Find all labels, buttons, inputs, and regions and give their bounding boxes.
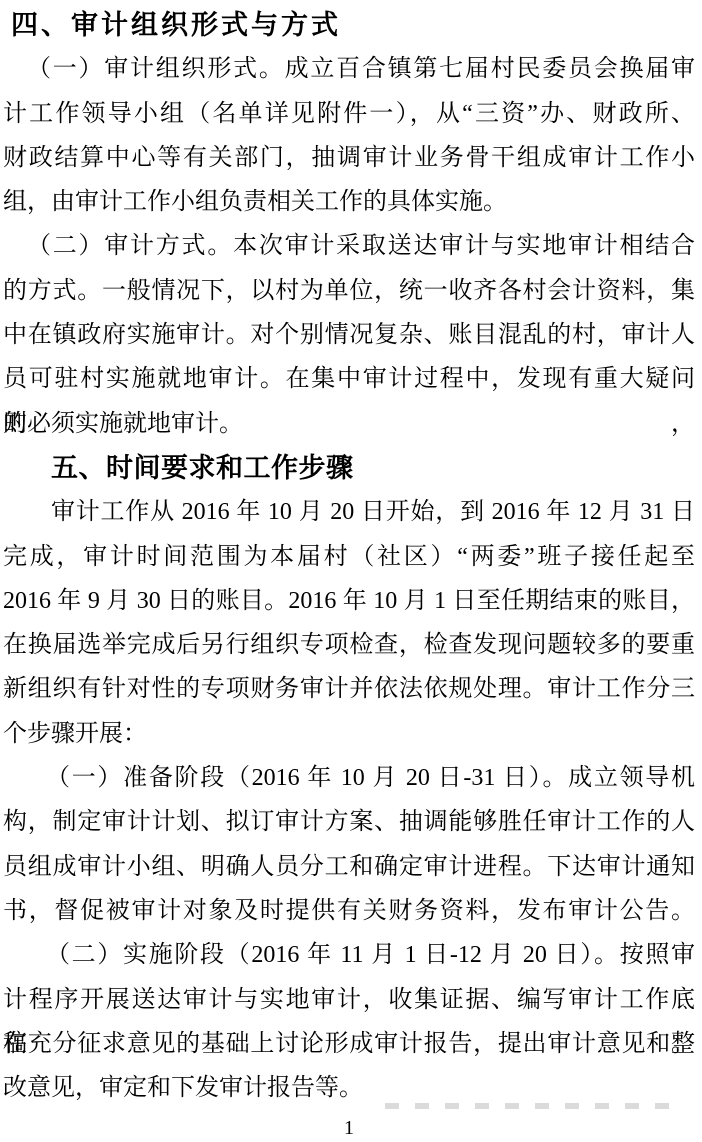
text-line: 完成，审计时间范围为本届村（社区）“两委”班子接任起至	[3, 535, 695, 579]
text-line: 在充分征求意见的基础上讨论形成审计报告，提出审计意见和整	[3, 1022, 695, 1066]
text-line: （一）准备阶段（2016 年 10 月 20 日-31 日）。成立领导机	[3, 756, 695, 800]
text-line: 组，由审计工作小组负责相关工作的具体实施。	[3, 180, 695, 224]
text-line: 中在镇政府实施审计。对个别情况复杂、账目混乱的村，审计人	[3, 313, 695, 357]
text-line: 员组成审计小组、明确人员分工和确定审计进程。下达审计通知	[3, 845, 695, 889]
text-line: （二）实施阶段（2016 年 11 月 1 日-12 月 20 日）。按照审	[3, 933, 695, 977]
text-line: 个步骤开展：	[3, 712, 695, 756]
text-line: 构，制定审计计划、拟订审计方案、抽调能够胜任审计工作的人	[3, 800, 695, 844]
text-line: 2016 年 9 月 30 日的账目。2016 年 10 月 1 日至任期结束的…	[3, 579, 695, 623]
heading-section-five: 五、时间要求和工作步骤	[3, 446, 695, 490]
text-line: 在换届选举完成后另行组织专项检查，检查发现问题较多的要重	[3, 623, 695, 667]
text-line: 的方式。一般情况下，以村为单位，统一收齐各村会计资料，集	[3, 269, 695, 313]
cutoff-text-artifact	[385, 1103, 685, 1109]
document-page: 四、审计组织形式与方式 （一）审计组织形式。成立百合镇第七届村民委员会换届审 计…	[0, 0, 702, 1142]
text-line: 计工作领导小组（名单详见附件一），从“三资”办、财政所、	[3, 92, 695, 136]
page-number: 1	[3, 1116, 695, 1140]
text-line: 员可驻村实施就地审计。在集中审计过程中，发现有重大疑问的，	[3, 357, 695, 401]
text-line: 计程序开展送达审计与实地审计，收集证据、编写审计工作底稿。	[3, 978, 695, 1022]
heading-section-four: 四、审计组织形式与方式	[3, 3, 695, 47]
text-line: （二）审计方式。本次审计采取送达审计与实地审计相结合	[3, 224, 695, 268]
text-line: 书，督促被审计对象及时提供有关财务资料，发布审计公告。	[3, 889, 695, 933]
text-line: 审计工作从 2016 年 10 月 20 日开始，到 2016 年 12 月 3…	[3, 490, 695, 534]
text-line: （一）审计组织形式。成立百合镇第七届村民委员会换届审	[3, 47, 695, 91]
text-line: 财政结算中心等有关部门，抽调审计业务骨干组成审计工作小	[3, 136, 695, 180]
text-line: 新组织有针对性的专项财务审计并依法依规处理。审计工作分三	[3, 667, 695, 711]
